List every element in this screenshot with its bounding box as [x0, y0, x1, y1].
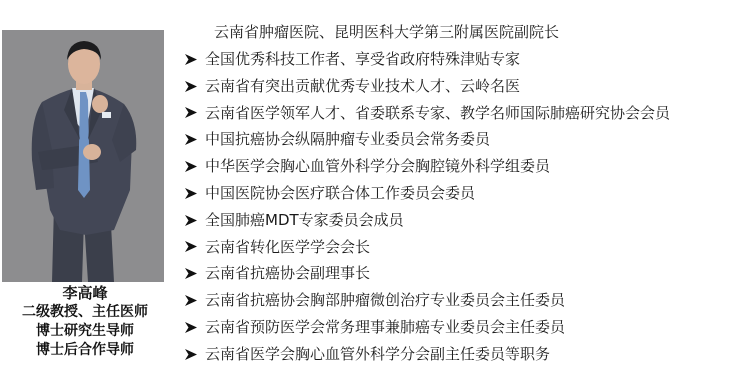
credentials-headline: 云南省肿瘤医院、昆明医科大学第三附属医院副院长 [183, 19, 733, 46]
list-item: 全国优秀科技工作者、享受省政府特殊津贴专家 [183, 46, 733, 73]
title-line-2: 博士研究生导师 [0, 322, 170, 341]
person-name: 李高峰 [0, 284, 170, 303]
list-item-text: 云南省转化医学学会会长 [205, 234, 370, 261]
arrowhead-bullet-icon [185, 348, 205, 360]
list-item-text: 中国抗癌协会纵隔肿瘤专业委员会常务委员 [205, 126, 490, 153]
arrowhead-bullet-icon [185, 268, 205, 280]
list-item-text: 云南省医学会胸心血管外科学分会副主任委员等职务 [205, 341, 550, 368]
list-item: 中国医院协会医疗联合体工作委员会委员 [183, 180, 733, 207]
list-item-text: 云南省预防医学会常务理事兼肺癌专业委员会主任委员 [205, 314, 565, 341]
profile-caption: 李高峰 二级教授、主任医师 博士研究生导师 博士后合作导师 [0, 284, 170, 360]
list-item-text: 云南省抗癌协会副理事长 [205, 260, 370, 287]
list-item-text: 云南省抗癌协会胸部肿瘤微创治疗专业委员会主任委员 [205, 287, 565, 314]
list-item-text: 中国医院协会医疗联合体工作委员会委员 [205, 180, 475, 207]
person-illustration [2, 30, 164, 282]
list-item-text: 云南省医学领军人才、省委联系专家、教学名师国际肺癌研究协会会员 [205, 100, 670, 127]
arrowhead-bullet-icon [185, 295, 205, 307]
arrowhead-bullet-icon [185, 214, 205, 226]
title-line-3: 博士后合作导师 [0, 341, 170, 360]
list-item: 云南省医学会胸心血管外科学分会副主任委员等职务 [183, 341, 733, 368]
credentials-list: 云南省肿瘤医院、昆明医科大学第三附属医院副院长 全国优秀科技工作者、享受省政府特… [183, 19, 733, 368]
arrowhead-bullet-icon [185, 161, 205, 173]
arrowhead-bullet-icon [185, 80, 205, 92]
list-item: 云南省有突出贡献优秀专业技术人才、云岭名医 [183, 73, 733, 100]
title-line-1: 二级教授、主任医师 [0, 303, 170, 322]
arrowhead-bullet-icon [185, 321, 205, 333]
list-item-text: 全国肺癌MDT专家委员会成员 [205, 207, 404, 234]
list-item: 中国抗癌协会纵隔肿瘤专业委员会常务委员 [183, 126, 733, 153]
list-item: 全国肺癌MDT专家委员会成员 [183, 207, 733, 234]
list-item: 云南省医学领军人才、省委联系专家、教学名师国际肺癌研究协会会员 [183, 100, 733, 127]
arrowhead-bullet-icon [185, 134, 205, 146]
portrait-photo [2, 30, 164, 282]
list-item: 云南省预防医学会常务理事兼肺癌专业委员会主任委员 [183, 314, 733, 341]
list-item-text: 全国优秀科技工作者、享受省政府特殊津贴专家 [205, 46, 520, 73]
list-item: 云南省转化医学学会会长 [183, 234, 733, 261]
list-item: 云南省抗癌协会副理事长 [183, 260, 733, 287]
list-item-text: 云南省有突出贡献优秀专业技术人才、云岭名医 [205, 73, 520, 100]
list-item: 中华医学会胸心血管外科学分会胸腔镜外科学组委员 [183, 153, 733, 180]
list-item: 云南省抗癌协会胸部肿瘤微创治疗专业委员会主任委员 [183, 287, 733, 314]
arrowhead-bullet-icon [185, 107, 205, 119]
arrowhead-bullet-icon [185, 241, 205, 253]
list-item-text: 中华医学会胸心血管外科学分会胸腔镜外科学组委员 [205, 153, 550, 180]
arrowhead-bullet-icon [185, 53, 205, 65]
arrowhead-bullet-icon [185, 187, 205, 199]
